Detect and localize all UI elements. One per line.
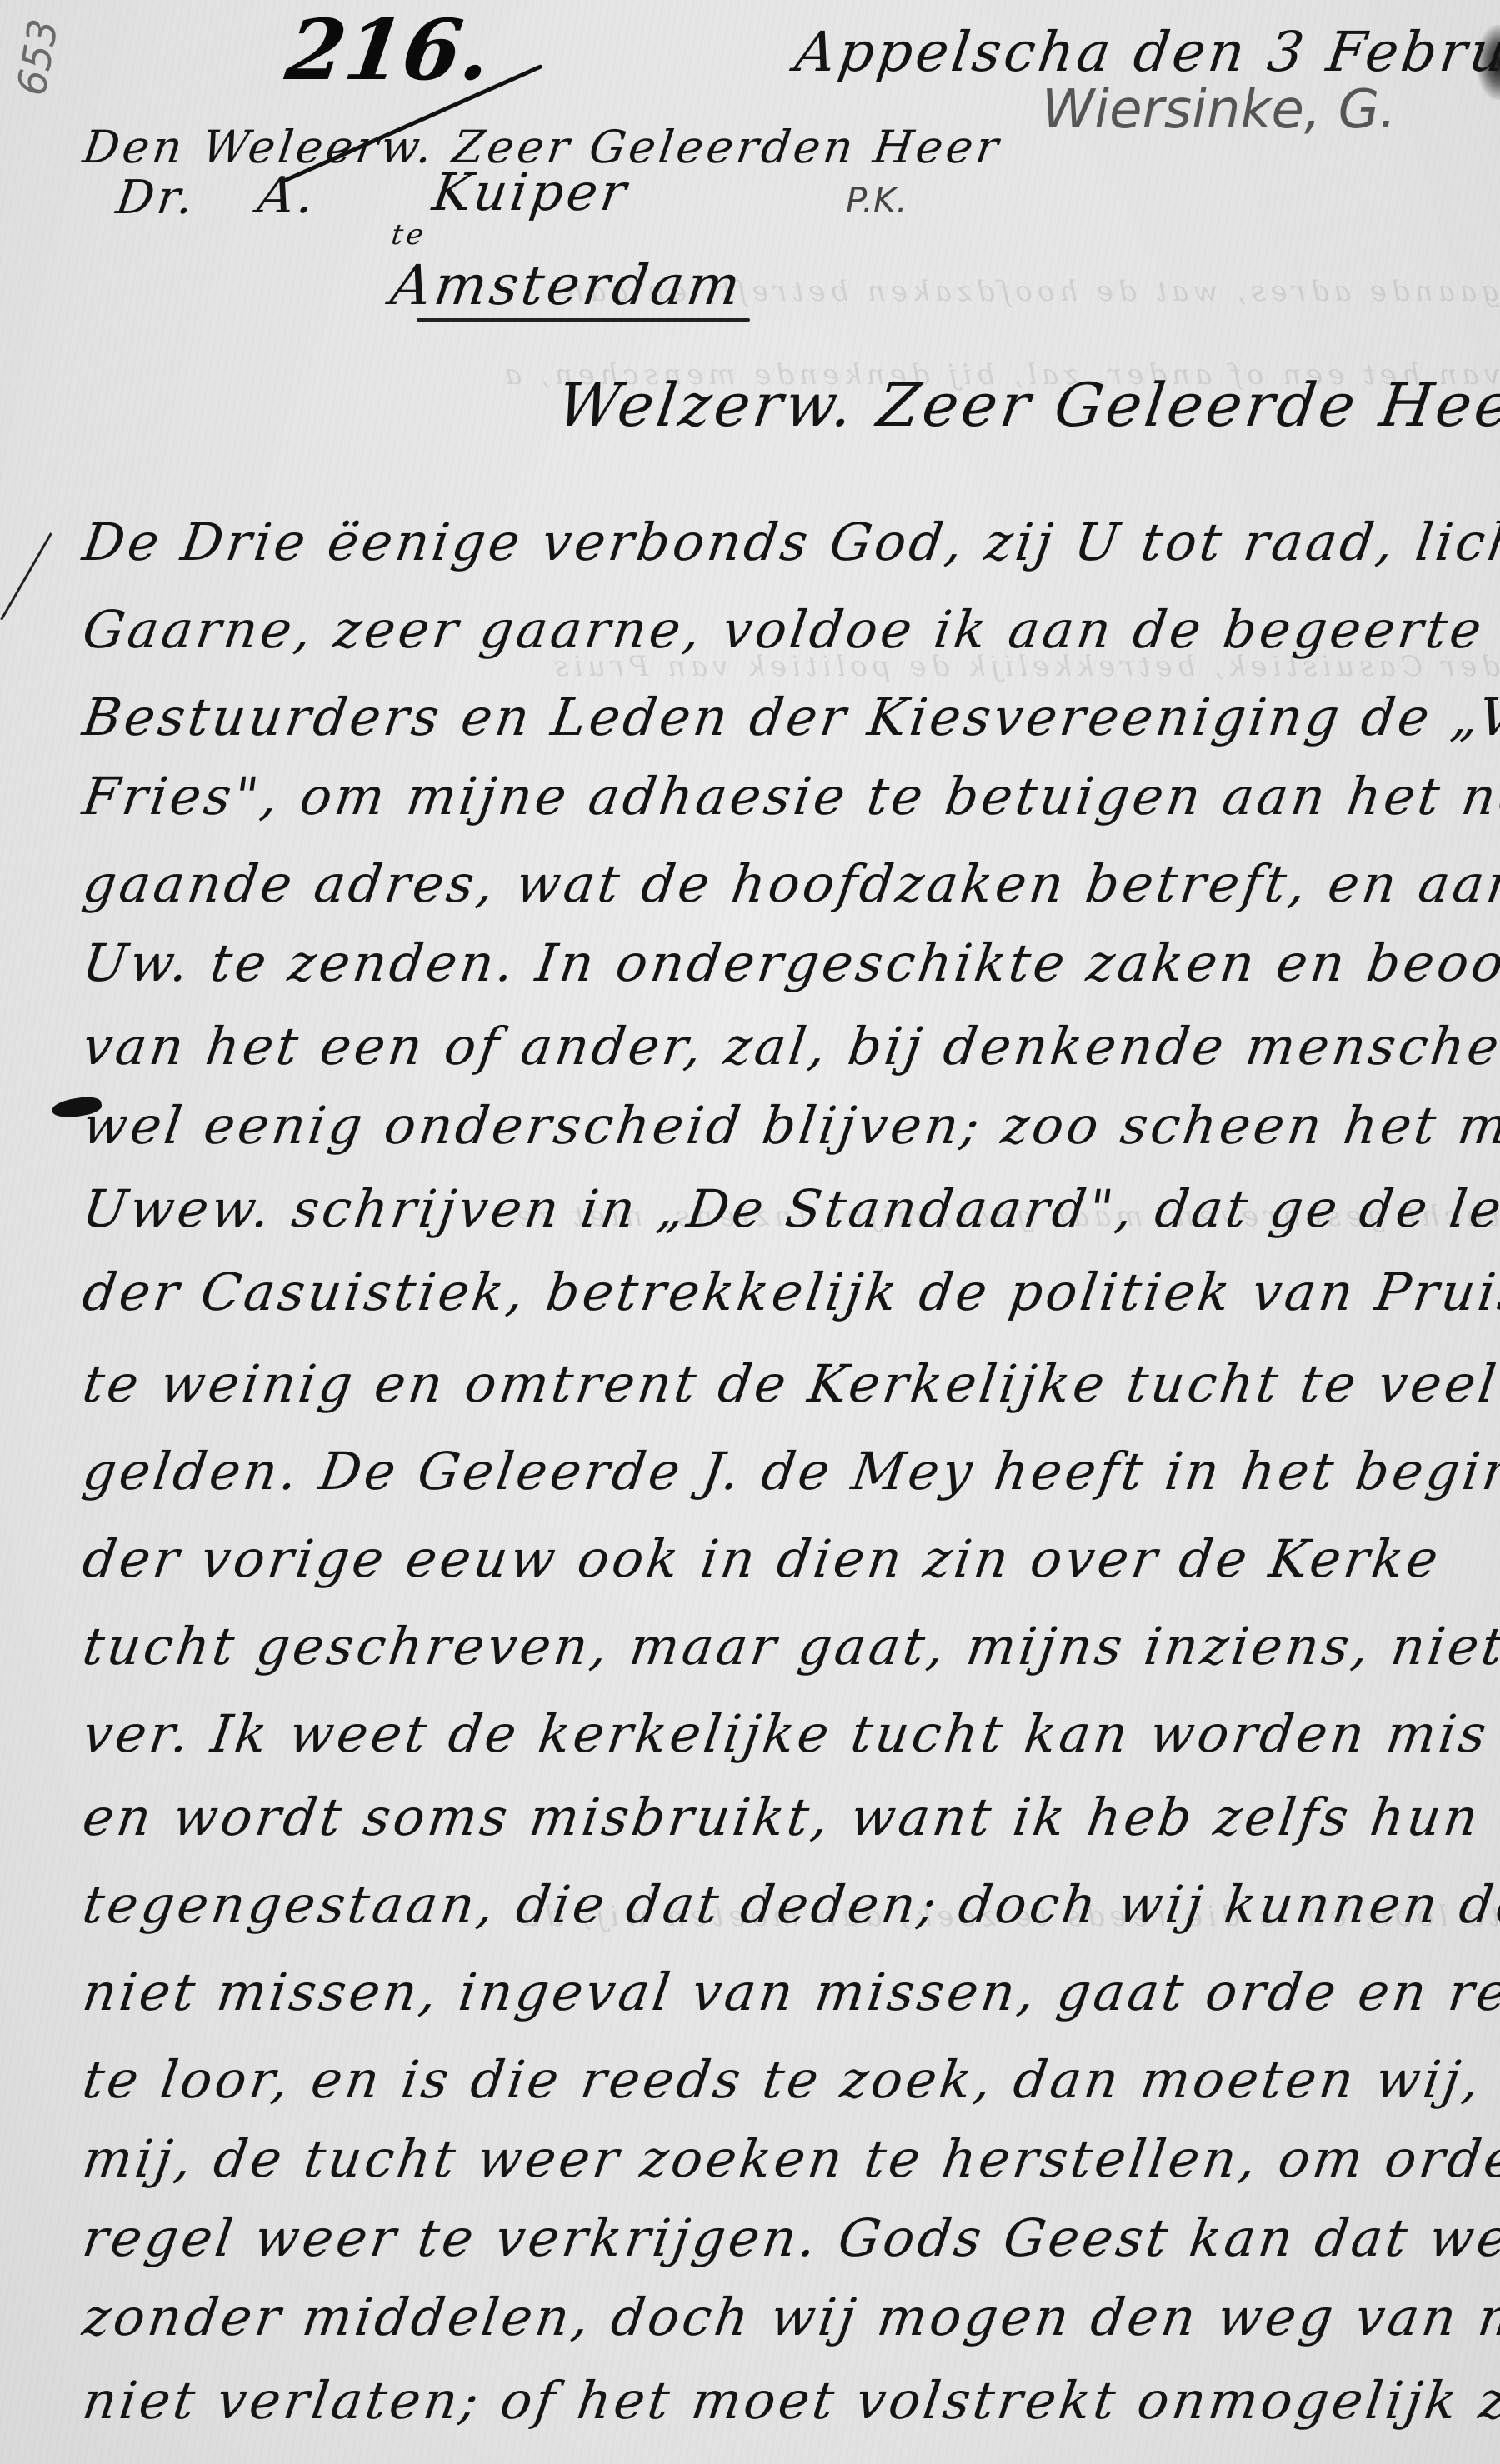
letter-page: gaande adres, wat de hoofdzaken betreft,… <box>0 0 1500 2464</box>
margin-stroke <box>0 532 52 620</box>
bleed-through-text: gaande adres, wat de hoofdzaken betreft,… <box>0 275 1500 308</box>
addressee-title: Dr. <box>113 175 199 222</box>
body-line: regel weer te verkrijgen. Gods Geest kan… <box>80 2212 1500 2264</box>
body-line: gelden. De Geleerde J. de Mey heeft in h… <box>80 1446 1500 1497</box>
salutation: Welzerw. Zeer Geleerde Heer! <box>554 375 1500 435</box>
body-line: te weinig en omtrent de Kerkelijke tucht… <box>80 1358 1500 1410</box>
body-line: Uw. te zenden. In ondergeschikte zaken e… <box>80 937 1500 989</box>
pencil-name-note: Wiersinke, G. <box>1042 83 1397 137</box>
letter-number: 216. <box>282 8 497 92</box>
body-line: der vorige eeuw ook in dien zin over de … <box>80 1533 1445 1585</box>
body-line: gaande adres, wat de hoofdzaken betreft,… <box>80 858 1500 910</box>
body-line: tegengestaan, die dat deden; doch wij ku… <box>80 1879 1500 1931</box>
body-line: tucht geschreven, maar gaat, mijns inzie… <box>80 1621 1500 1672</box>
place-date: Appelscha den 3 Februari 18 <box>792 25 1500 80</box>
body-line: te loor, en is die reeds te zoek, dan mo… <box>80 2054 1500 2106</box>
body-line: Uwew. schrijven in „De Standaard", dat g… <box>80 1183 1500 1235</box>
city-underline <box>417 318 750 322</box>
body-line: mij, de tucht weer zoeken te herstellen,… <box>80 2133 1500 2185</box>
body-line: Gaarne, zeer gaarne, voldoe ik aan de be… <box>80 604 1500 656</box>
body-line: Fries", om mijne adhaesie te betuigen aa… <box>80 771 1500 822</box>
body-line: en wordt soms misbruikt, want ik heb zel… <box>80 1792 1484 1843</box>
body-line: zonder middelen, doch wij mogen den weg … <box>80 2292 1500 2343</box>
body-line: niet missen, ingeval van missen, gaat or… <box>80 1967 1500 2018</box>
body-line: Bestuurders en Leden der Kiesvereeniging… <box>80 692 1500 743</box>
body-line: niet verlaten; of het moet volstrekt onm… <box>80 2375 1500 2427</box>
addressee-initial: A. <box>255 171 321 221</box>
city: Amsterdam <box>387 258 747 313</box>
body-line: ver. Ik weet de kerkelijke tucht kan wor… <box>80 1708 1492 1760</box>
te-label: te <box>390 221 429 249</box>
body-line: wel eenig onderscheid blijven; zoo schee… <box>80 1100 1500 1152</box>
archive-number: 653 <box>12 17 64 99</box>
addressee-name: Kuiper <box>430 167 632 218</box>
body-line: van het een of ander, zal, bij denkende … <box>80 1021 1500 1072</box>
initials-note: P.K. <box>846 183 907 218</box>
page-edge-shadow <box>1477 25 1500 100</box>
body-line: der Casuistiek, betrekkelijk de politiek… <box>80 1267 1500 1318</box>
body-line: De Drie ëenige verbonds God, zij U tot r… <box>80 517 1500 568</box>
